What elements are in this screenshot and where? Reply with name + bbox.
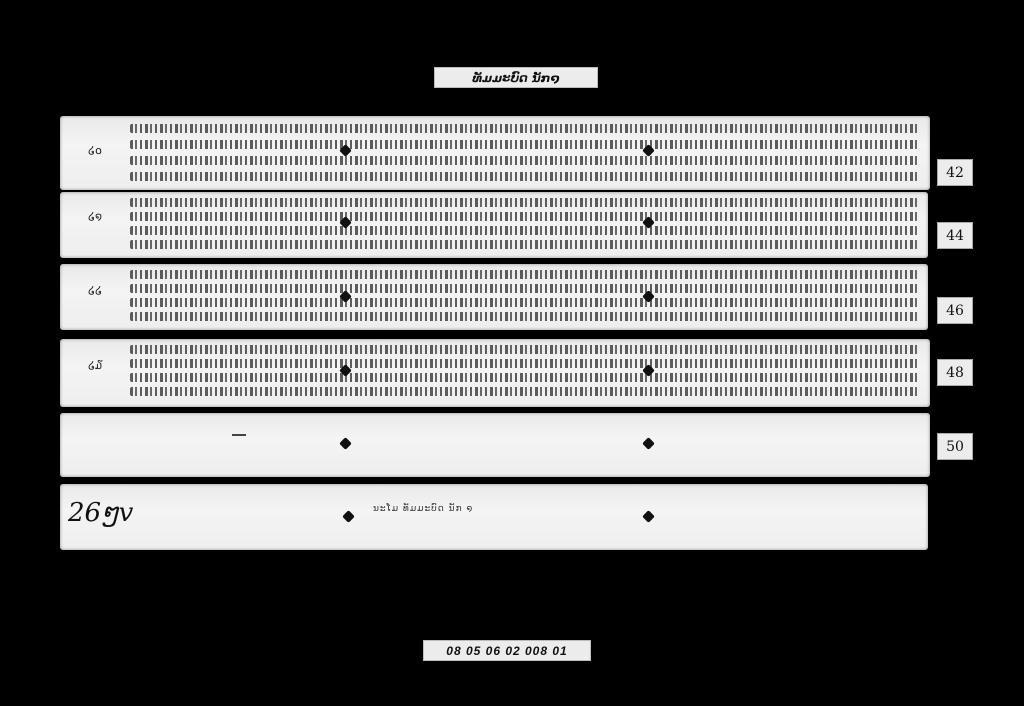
binding-hole: [642, 510, 655, 523]
handwritten-mark: 26ໆv: [68, 498, 133, 528]
leaf-title-note: ນະໂມ ທັມມະບົດ ນັກ ໑: [373, 504, 473, 514]
script-line: [130, 373, 920, 382]
script-line: [130, 172, 920, 181]
script-line: [130, 226, 918, 235]
script-line: [130, 124, 920, 133]
folio-number: ໒໐: [88, 144, 102, 157]
binding-hole: [342, 510, 355, 523]
script-line: [130, 298, 918, 307]
folio-number: ໒໑: [88, 210, 102, 223]
palm-leaf-1: ໒໐: [60, 116, 930, 190]
page-number-label: 48: [937, 359, 973, 386]
palm-leaf-3: ໒໒: [60, 264, 928, 330]
script-line: [130, 312, 918, 321]
page-number-label: 50: [937, 433, 973, 460]
script-line: [130, 345, 920, 354]
folio-number: ໒໒: [88, 284, 102, 297]
script-line: [130, 212, 918, 221]
script-line: [130, 240, 918, 249]
script-line: [130, 284, 918, 293]
palm-leaf-5: [60, 413, 930, 477]
folio-number: ໒໓: [88, 359, 102, 372]
page-number-label: 44: [937, 222, 973, 249]
binding-hole: [642, 437, 655, 450]
script-line: [130, 387, 920, 396]
palm-leaf-4: ໒໓: [60, 339, 930, 407]
ink-mark: [232, 434, 246, 436]
script-line: [130, 198, 918, 207]
catalog-id-label: 08 05 06 02 008 01: [423, 640, 591, 661]
script-line: [130, 156, 920, 165]
script-line: [130, 359, 920, 368]
script-line: [130, 140, 920, 149]
palm-leaf-6-cover: 26ໆv ນະໂມ ທັມມະບົດ ນັກ ໑: [60, 484, 928, 550]
binding-hole: [339, 437, 352, 450]
page-number-label: 42: [937, 159, 973, 186]
script-line: [130, 270, 918, 279]
palm-leaf-2: ໒໑: [60, 192, 928, 258]
title-label: ທັມມະບົດ ນັກ໑: [434, 67, 598, 88]
page-number-label: 46: [937, 297, 973, 324]
